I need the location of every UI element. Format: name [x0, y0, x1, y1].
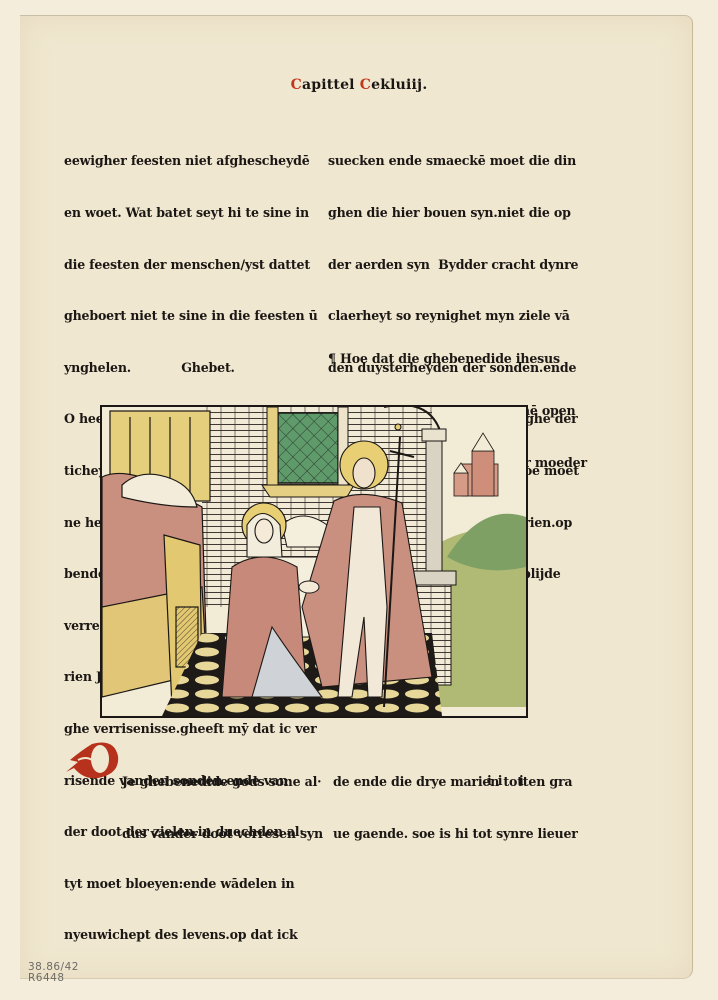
left-column-bottom-text: Je ghebenedide gods sone al· dus vander …: [122, 739, 323, 859]
text-line: die feesten der menschen/yst dattet: [64, 256, 318, 273]
woodcut-scene-image: [102, 407, 526, 716]
text-line: ghen die hier bouen syn.niet die op: [328, 204, 579, 221]
text-line: en woet. Wat batet seyt hi te sine in: [64, 204, 318, 221]
rubric-initial-c2: C: [360, 77, 371, 93]
text-line: suecken ende smaeckē moet die din: [328, 152, 579, 169]
text-line: de ende die drye marien totten gra: [333, 773, 578, 790]
woodcut-illustration: [100, 405, 528, 718]
text-line: nyeuwichept des levens.op dat ick: [64, 926, 318, 943]
text-line: ue gaende. soe is hi tot synre lieuer: [333, 825, 578, 842]
signature-mark: ii i: [487, 773, 530, 788]
text-line: der aerden syn Bydder cracht dynre: [328, 256, 579, 273]
text-line: eewigher feesten niet afghescheydē: [64, 152, 318, 169]
rubric-initial-d-icon: [64, 738, 120, 780]
accession-number: 38.86/42 R6448: [28, 962, 79, 984]
running-title: Capittel Cekluiij.: [0, 77, 718, 93]
rubric-initial-c: C: [291, 77, 302, 93]
text-line: gheboert niet te sine in die feesten ū: [64, 307, 318, 324]
text-line: Je ghebenedide gods sone al·: [122, 773, 323, 790]
text-line: ghe verrisenisse.gheeft mȳ dat ic ver: [64, 720, 318, 737]
right-column-bottom-text: de ende die drye marien totten gra ue ga…: [333, 739, 578, 859]
heading-line: ¶ Hoe dat die ghebenedide ihesus: [328, 350, 587, 367]
text-line: tyt moet bloeyen:ende wādelen in: [64, 875, 318, 892]
accession-line-2: R6448: [28, 973, 79, 984]
text-line: ynghelen. Ghebet.: [64, 359, 318, 376]
text-line: dus vander doot verresen syn: [122, 825, 323, 842]
